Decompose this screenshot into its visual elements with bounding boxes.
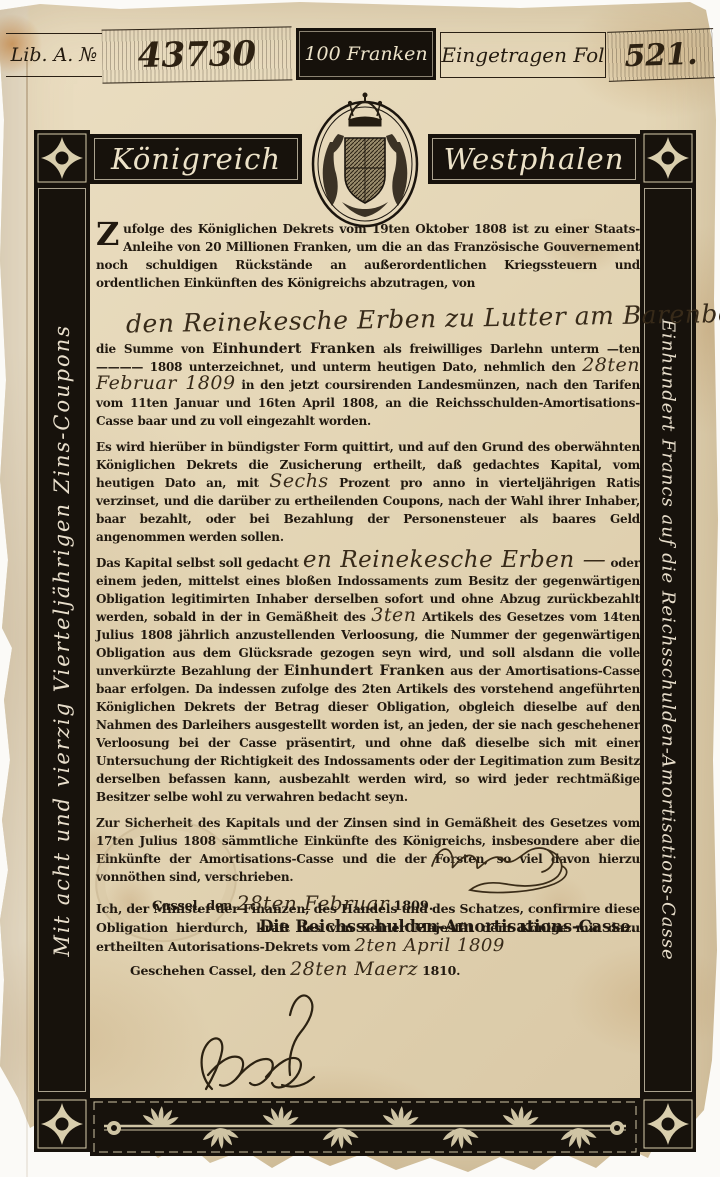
drop-cap: Z [96, 220, 119, 248]
handwritten-heir-name: en Reinekesche Erben — [303, 547, 606, 573]
paragraph-3: Das Kapital selbst soll gedacht en Reine… [96, 554, 640, 806]
handwritten-interest-rate: Sechs [269, 470, 328, 492]
text-segment: Das Kapital selbst soll gedacht [96, 556, 303, 570]
register-label: Eingetragen Fol [440, 32, 606, 78]
right-border-text: Einhundert Francs auf die Reichsschulden… [658, 319, 679, 961]
folio-number: 521. [607, 28, 715, 82]
laurel-garland-border [90, 1098, 640, 1156]
left-border-bar: Mit acht und vierzig Vierteljährigen Zin… [34, 184, 90, 1096]
banner-left-text: Königreich [90, 134, 302, 184]
text-segment: aus der Amortisations-Casse baar erfolge… [96, 664, 640, 804]
handwritten-decree-date: 2ten April 1809 [355, 935, 505, 956]
left-border-text: Mit acht und vierzig Vierteljährigen Zin… [50, 324, 74, 957]
banner-westphalen: Westphalen [428, 134, 640, 184]
handwritten-execution-date: 28ten Maerz [290, 958, 418, 980]
corner-ornament-icon [640, 1096, 696, 1152]
paragraph-1-text: ufolge des Königlichen Dekrets vom 19ten… [96, 222, 640, 290]
text-segment: Geschehen Cassel, den [130, 963, 290, 978]
text-segment: die Summe von [96, 342, 212, 356]
corner-ornament-icon [34, 1096, 90, 1152]
minister-confirmation: Ich, der Minister der Finanzen, des Hand… [96, 900, 640, 980]
bond-certificate: Lib. A. № 43730 100 Franken Eingetragen … [0, 0, 720, 1177]
paragraph-1-continued: die Summe von Einhundert Franken als fre… [96, 340, 640, 430]
paragraph-2: Es wird hierüber in bündigster Form quit… [96, 438, 640, 546]
amount-emphasis: Einhundert Franken [212, 341, 375, 357]
banner-right-text: Westphalen [428, 134, 640, 184]
corner-ornament-icon [34, 130, 90, 186]
handwritten-lender-name: den Reinekesche Erben zu Lutter am Baren… [126, 296, 641, 345]
paper-crease [26, 60, 28, 1177]
denomination-box: 100 Franken [296, 28, 436, 80]
corner-ornament-icon [640, 130, 696, 186]
minister-paragraph: Ich, der Minister der Finanzen, des Hand… [96, 900, 640, 957]
amount-emphasis: Einhundert Franken [284, 663, 445, 679]
signature-minister [186, 985, 356, 1104]
ledger-series-label: Lib. A. № [6, 33, 102, 77]
signature-cashier [418, 832, 598, 908]
handwritten-article-number: 3ten [371, 604, 416, 626]
execution-dateline: Geschehen Cassel, den 28ten Maerz 1810. [130, 960, 640, 981]
paragraph-1: Zufolge des Königlichen Dekrets vom 19te… [96, 220, 640, 292]
text-segment: 1810. [418, 963, 460, 978]
banner-koenigreich: Königreich [90, 134, 302, 184]
serial-number: 43730 [102, 26, 293, 83]
